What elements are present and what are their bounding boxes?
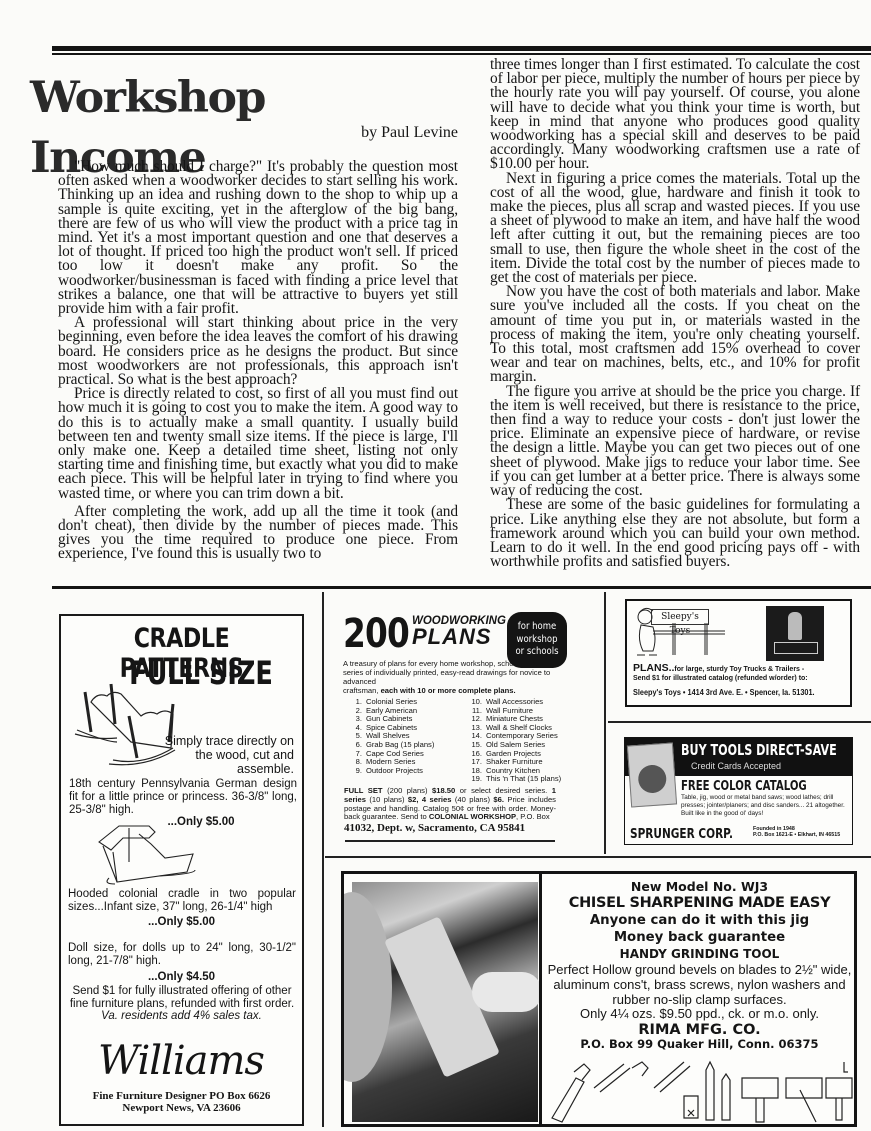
ad-headline: BUY TOOLS DIRECT-SAVE bbox=[681, 741, 837, 759]
text-bold: $18.50 bbox=[432, 786, 455, 795]
series-list: 10.Wall Accessories 11.Wall Furniture 12… bbox=[470, 698, 561, 784]
ad-subheadline: Credit Cards Accepted bbox=[691, 761, 781, 771]
text-bold: PLANS.. bbox=[633, 662, 674, 674]
text-bold: each with 10 or more complete plans. bbox=[381, 686, 516, 695]
item-name: This 'n That (15 plans) bbox=[486, 774, 561, 783]
hooded-cradle-illustration-icon bbox=[89, 822, 199, 886]
paragraph: Now you have the cost of both materials … bbox=[490, 285, 860, 384]
ad-body-text: Table, jig, wood or metal band saws; woo… bbox=[681, 794, 853, 818]
ad-body-text: Send $1 for fully illustrated offering o… bbox=[66, 985, 298, 1010]
ad-offer: FREE COLOR CATALOG bbox=[681, 779, 807, 794]
paragraph: "How much should I charge?" It's probabl… bbox=[58, 160, 458, 316]
text: , P.O. Box bbox=[516, 812, 550, 821]
paragraph: These are some of the basic guidelines f… bbox=[490, 498, 860, 569]
ad-divider-horizontal bbox=[608, 721, 871, 723]
paragraph: A professional will start thinking about… bbox=[58, 316, 458, 387]
item-name: Outdoor Projects bbox=[366, 766, 423, 775]
paragraph: three times longer than I first estimate… bbox=[490, 58, 860, 172]
top-rule-thin bbox=[52, 53, 871, 55]
ad-address: Sleepy's Toys • 1414 3rd Ave. E. • Spenc… bbox=[633, 687, 815, 697]
ad-body-text: sizes...Infant size, 37" long, 26-1/4" h… bbox=[68, 901, 296, 914]
ad-company-name: SPRUNGER CORP. bbox=[630, 826, 733, 842]
ad-price: ...Only $5.00 bbox=[61, 916, 302, 928]
article-column-right: three times longer than I first estimate… bbox=[490, 58, 860, 569]
badge-line: workshop bbox=[512, 634, 563, 647]
ad-headline: PLANS..for large, sturdy Toy Trucks & Tr… bbox=[633, 663, 853, 675]
sleepys-toys-sign: Sleepy's Toys bbox=[651, 609, 709, 625]
ad-headline-number: 200 bbox=[343, 612, 409, 656]
text: (40 plans) bbox=[451, 795, 493, 804]
text: or select desired series. bbox=[455, 786, 552, 795]
ad-text-block: New Model No. WJ3 CHISEL SHARPENING MADE… bbox=[542, 874, 857, 1051]
text-bold: FULL SET bbox=[344, 786, 383, 795]
paragraph: Price is directly related to cost, so fi… bbox=[58, 387, 458, 501]
badge-line: for home bbox=[512, 621, 563, 634]
paragraph: After completing the work, add up all th… bbox=[58, 505, 458, 562]
article-column-left: "How much should I charge?" It's probabl… bbox=[58, 160, 458, 562]
ad-body-text: 18th century Pennsylvania German design … bbox=[69, 778, 297, 817]
address-line: Fine Furniture Designer PO Box 6626 bbox=[61, 1090, 302, 1102]
badge-line: or schools bbox=[512, 646, 563, 659]
text-bold: $6. bbox=[493, 795, 504, 804]
ad-product-name: HANDY GRINDING TOOL bbox=[542, 946, 857, 963]
ad-guarantee: Money back guarantee bbox=[542, 929, 857, 946]
item-number: 19. bbox=[470, 775, 482, 784]
text: craftsman, bbox=[343, 686, 381, 695]
ad-body-text: craftsman, each with 10 or more complete… bbox=[343, 686, 558, 695]
ad-body-text: A treasury of plans for every home works… bbox=[343, 659, 558, 686]
ad-body-text: Hooded colonial cradle in two popular bbox=[68, 888, 296, 901]
ad-body-text: Perfect Hollow ground bevels on blades t… bbox=[542, 963, 857, 1007]
ad-body-text: Send $1 for illustrated catalog (refunde… bbox=[633, 675, 808, 682]
top-rule-thick bbox=[52, 46, 871, 51]
ad-divider-vertical bbox=[322, 592, 324, 1127]
williams-signature-logo: Williams bbox=[81, 1036, 281, 1086]
ad-address: Fine Furniture Designer PO Box 6626 Newp… bbox=[61, 1090, 302, 1114]
ad-cradle-patterns: CRADLE PATTERNS FULL SIZE Simply trace d… bbox=[59, 614, 304, 1126]
address-line: P.O. Box 1621-E • Elkhart, IN 46515 bbox=[753, 832, 840, 838]
ad-subheadline: Anyone can do it with this jig bbox=[542, 912, 857, 929]
paragraph: The figure you arrive at should be the p… bbox=[490, 385, 860, 499]
ad-body-text: Doll size, for dolls up to 24" long, 30-… bbox=[68, 942, 296, 968]
series-list: 1.Colonial Series 2.Early American 3.Gun… bbox=[350, 698, 434, 775]
list-item: 19.This 'n That (15 plans) bbox=[470, 775, 561, 784]
ad-order-text: FULL SET (200 plans) $18.50 or select de… bbox=[344, 787, 556, 822]
ad-address: Founded in 1948 P.O. Box 1621-E • Elkhar… bbox=[753, 826, 840, 838]
item-number: 9. bbox=[350, 767, 362, 776]
ad-sleepys-toys: Sleepy's Toys PLANS..for large, sturdy T… bbox=[625, 599, 852, 707]
ad-address: 41032, Dept. w, Sacramento, CA 95841 bbox=[344, 822, 556, 834]
ad-divider-vertical bbox=[604, 592, 606, 854]
ad-divider-horizontal bbox=[325, 856, 871, 858]
ad-headline: CHISEL SHARPENING MADE EASY bbox=[542, 895, 857, 912]
ad-company-name: RIMA MFG. CO. bbox=[542, 1022, 857, 1038]
ad-address: P.O. Box 99 Quaker Hill, Conn. 06375 bbox=[542, 1038, 857, 1051]
chisel-jig-photo bbox=[352, 882, 538, 1122]
ad-price: ...Only $4.50 bbox=[61, 971, 302, 983]
article-bottom-rule bbox=[52, 586, 871, 589]
toy-truck-photo bbox=[766, 606, 824, 661]
address-line: Newport News, VA 23606 bbox=[61, 1102, 302, 1114]
chisel-tools-illustration-icon bbox=[544, 1058, 856, 1126]
text: for large, sturdy Toy Trucks & Trailers … bbox=[674, 666, 804, 673]
ad-divider-horizontal bbox=[345, 840, 555, 842]
ad-body-text: Simply trace directly on the wood, cut a… bbox=[144, 734, 294, 776]
text: (200 plans) bbox=[383, 786, 432, 795]
ad-model-number: New Model No. WJ3 bbox=[542, 879, 857, 895]
ad-headline: PLANS bbox=[412, 624, 492, 650]
ad-rima-chisel-jig: New Model No. WJ3 CHISEL SHARPENING MADE… bbox=[341, 871, 857, 1127]
text-bold: COLONIAL WORKSHOP bbox=[429, 812, 516, 821]
list-item: 9.Outdoor Projects bbox=[350, 767, 434, 776]
ad-price: Only 4¼ ozs. $9.50 ppd., ck. or m.o. onl… bbox=[542, 1007, 857, 1022]
paragraph: Next in figuring a price comes the mater… bbox=[490, 172, 860, 286]
article-byline: by Paul Levine bbox=[200, 124, 458, 142]
ad-tax-note: Va. residents add 4% sales tax. bbox=[61, 1010, 302, 1022]
ad-sprunger-corp: BUY TOOLS DIRECT-SAVE Credit Cards Accep… bbox=[624, 737, 853, 845]
text-bold: $2, 4 series bbox=[408, 795, 452, 804]
catalog-cover-image bbox=[627, 742, 677, 807]
text: (10 plans) bbox=[366, 795, 408, 804]
